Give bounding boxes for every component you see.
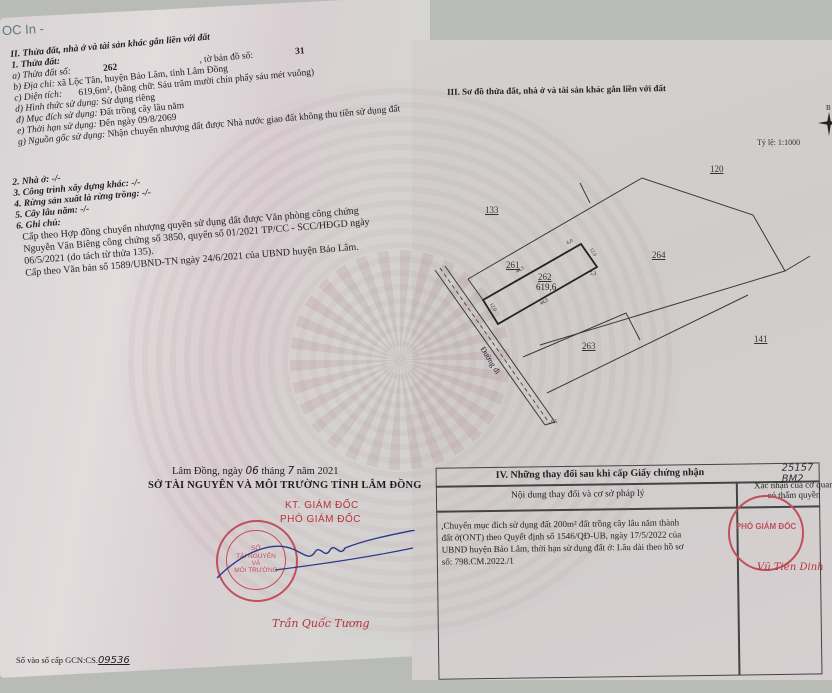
column-header-content: Nội dung thay đổi và cơ sở pháp lý xyxy=(511,489,645,501)
change-entry: ,Chuyển mục đích sử dụng đất 200m² đất t… xyxy=(441,516,684,567)
edge-length: 6,5 xyxy=(551,420,557,425)
parcel-label-133: 133 xyxy=(485,205,499,215)
confirmation-seal: PHÓ GIÁM ĐỐC xyxy=(728,495,804,571)
edge-length: 5,3 xyxy=(590,272,596,277)
parcel-label-263: 263 xyxy=(582,341,596,351)
registry-number: Số vào sổ cấp GCN:CS.09536 xyxy=(16,655,130,666)
parcel-label-262: 262 xyxy=(538,272,552,282)
signing-date: Lâm Đồng, ngày 06 tháng 7 năm 2021 xyxy=(172,465,338,477)
signer-title-2: PHÓ GIÁM ĐỐC xyxy=(280,514,361,525)
signer-name: Trần Quốc Tương xyxy=(272,617,370,630)
parcel-label-120: 120 xyxy=(710,164,724,174)
parcel-262-area: 619,6 xyxy=(536,282,556,292)
parcel-label-141: 141 xyxy=(754,334,768,344)
confirmation-signer: Vũ Tiến Dinh xyxy=(757,562,824,573)
parcel-label-264: 264 xyxy=(652,250,666,260)
signature-icon xyxy=(215,530,415,590)
signer-title-1: KT. GIÁM ĐỐC xyxy=(285,500,359,511)
issuing-department: SỞ TÀI NGUYÊN VÀ MÔI TRƯỜNG TỈNH LÂM ĐỒN… xyxy=(148,480,422,491)
